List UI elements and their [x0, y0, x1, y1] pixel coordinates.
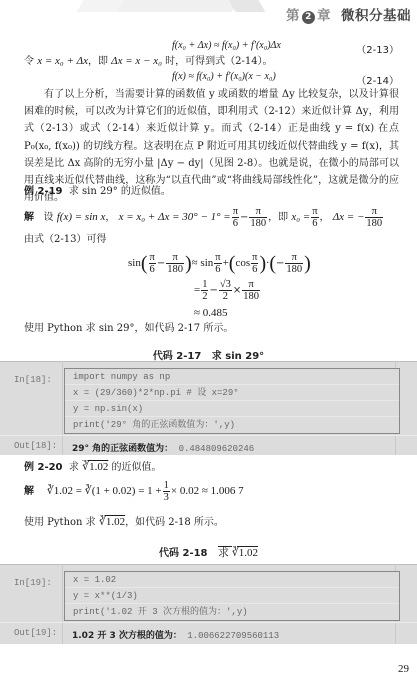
from-equation-line: 由式（2-13）可得 — [24, 233, 106, 247]
numerator: 1 — [201, 279, 208, 291]
math-text: cos — [235, 257, 250, 269]
numerator: π — [214, 252, 221, 264]
fraction: π6 — [149, 252, 156, 275]
python-intro-2-17: 使用 Python 求 sin 29°，如代码 2-17 所示。 — [24, 322, 233, 336]
numerator: π — [249, 206, 267, 218]
example-question: 求 sin 29° 的近似值。 — [69, 186, 171, 197]
example-question: 的近似值。 — [108, 462, 161, 473]
solution-math: ∛1.02 = ∛(1 + 0.02) = 1 + — [47, 485, 162, 497]
output-prompt: Out[18]: — [14, 441, 57, 451]
solution-math: × 0.02 ≈ 1.006 7 — [171, 485, 244, 497]
numerator: π — [285, 252, 303, 264]
divider — [62, 361, 63, 455]
code-line: x = 1.02 — [65, 572, 399, 588]
code-line: x = (29/360)*2*np.pi # 设 x=29° — [65, 385, 399, 401]
intro-text: ，如代码 2-18 所示。 — [125, 517, 224, 528]
solution-label: 解 — [24, 486, 34, 497]
numerator: π — [365, 206, 383, 218]
denominator: 6 — [311, 218, 318, 229]
example-2-19-heading: 例 2-19 求 sin 29° 的近似值。 — [24, 185, 171, 199]
example-label: 例 2-20 — [24, 462, 63, 473]
chapter-number-badge: 2 — [302, 11, 315, 24]
code-caption-2-17: 代码 2-17 求 sin 29° — [0, 347, 417, 362]
chapter-title: 微积分基础 — [341, 8, 411, 24]
divider — [0, 622, 417, 623]
fraction: 13 — [163, 480, 170, 503]
output-label: 29° 角的正弦函数值为： — [72, 444, 173, 454]
fraction: π6 — [232, 206, 239, 229]
divider — [62, 564, 63, 644]
solution-math: x = x₀ + Δx = 30° − 1° = — [119, 211, 231, 223]
chapter-header: 第2章微积分基础 — [286, 4, 411, 24]
output-label: 1.02 开 3 次方根的值为： — [72, 631, 182, 641]
example-2-20-heading: 例 2-20 求 ∛1.02 的近似值。 — [24, 460, 162, 475]
code-line: y = x**(1/3) — [65, 588, 399, 604]
chapter-prefix: 第 — [286, 8, 300, 24]
let-line: 令 x = x₀ + Δx，即 Δx = x − x₀ 时，可得到式（2-14）… — [24, 54, 273, 69]
code-input[interactable]: x = 1.02 y = x**(1/3) print('1.02 开 3 次方… — [64, 571, 400, 621]
input-prompt: In[19]: — [14, 578, 52, 588]
let-text: 令 — [24, 56, 37, 67]
output-prompt: Out[19]: — [14, 628, 57, 638]
numerator: 1 — [163, 480, 170, 492]
paren: ) — [259, 253, 266, 275]
numerator: π — [232, 206, 239, 218]
paren: ) — [185, 253, 192, 275]
denominator: 6 — [251, 264, 258, 275]
cube-root-expression: ∛1.02 — [82, 461, 108, 473]
divider — [0, 435, 417, 436]
solution-math: Δx = − — [333, 211, 365, 223]
chapter-suffix: 章 — [317, 8, 331, 24]
numerator: π — [149, 252, 156, 264]
denominator: 2 — [219, 291, 232, 302]
denominator: 180 — [285, 264, 303, 275]
calc-line-1: sin(π6−π180)≈ sinπ6+(cosπ6)·(−π180) — [128, 250, 311, 277]
banner-shape — [117, 0, 239, 12]
numerator: π — [242, 279, 260, 291]
denominator: 180 — [249, 218, 267, 229]
numerator: π — [311, 206, 318, 218]
let-math-1: x = x₀ + Δx — [37, 55, 88, 67]
solution-line-2-19: 解 设 f(x) = sin x， x = x₀ + Δx = 30° − 1°… — [24, 206, 384, 229]
intro-text: 使用 Python 求 — [24, 517, 99, 528]
solution-math: x₀ = — [291, 211, 310, 223]
cell-output: 1.02 开 3 次方根的值为： 1.006622709560113 — [72, 628, 279, 641]
denominator: 180 — [242, 291, 260, 302]
math-text: = — [194, 284, 200, 296]
fraction: 12 — [201, 279, 208, 302]
fraction: π180 — [249, 206, 267, 229]
denominator: 6 — [149, 264, 156, 275]
denominator: 3 — [163, 492, 170, 503]
page-number: 29 — [398, 663, 409, 675]
numerator: π — [166, 252, 184, 264]
let-text: 时，可得到式（2-14）。 — [162, 56, 273, 67]
solution-math: f(x) = sin x — [57, 211, 106, 223]
let-text: ，即 — [88, 56, 111, 67]
code-input[interactable]: import numpy as np x = (29/360)*2*np.pi … — [64, 368, 400, 434]
banner-shape — [229, 0, 266, 12]
code-caption-2-18: 代码 2-18 求 ∛1.02 — [0, 544, 417, 560]
code-line: print('29° 角的正弦函数值为：',y) — [65, 417, 399, 433]
equation-number-2-14: （2-14） — [356, 72, 399, 87]
code-line: y = np.sin(x) — [65, 401, 399, 417]
denominator: 2 — [201, 291, 208, 302]
denominator: 6 — [232, 218, 239, 229]
equation-number-2-13: （2-13） — [356, 41, 399, 56]
equation-2-14: f(x) ≈ f(x₀) + f′(x₀)(x − x₀) — [172, 71, 276, 82]
denominator: 6 — [214, 264, 221, 275]
equation-2-13: f(x₀ + Δx) ≈ f(x₀) + f′(x₀)Δx — [172, 40, 281, 51]
fraction: π180 — [166, 252, 184, 275]
paren: ( — [269, 253, 276, 275]
solution-label: 解 — [24, 212, 34, 223]
fraction: √32 — [219, 279, 232, 302]
fraction: π6 — [311, 206, 318, 229]
fraction: π180 — [242, 279, 260, 302]
input-prompt: In[18]: — [14, 375, 52, 385]
paren: ) — [304, 253, 311, 275]
example-label: 例 2-19 — [24, 186, 63, 197]
solution-line-2-20: 解 ∛1.02 = ∛(1 + 0.02) = 1 +13× 0.02 ≈ 1.… — [24, 478, 244, 505]
solution-text: ，即 — [268, 212, 291, 223]
math-text: sin — [128, 257, 141, 269]
caption-title: 求 ∛1.02 — [218, 547, 258, 559]
numerator: √3 — [219, 279, 232, 291]
fraction: π180 — [365, 206, 383, 229]
fraction: π6 — [251, 252, 258, 275]
numerator: π — [251, 252, 258, 264]
output-value: 0.484809620246 — [179, 444, 255, 454]
caption-label: 代码 2-18 — [159, 548, 208, 559]
cube-root-expression: ∛1.02 — [99, 516, 125, 528]
cell-output: 29° 角的正弦函数值为： 0.484809620246 — [72, 441, 254, 454]
output-value: 1.006622709560113 — [187, 631, 279, 641]
example-question: 求 — [69, 462, 82, 473]
calc-line-3: ≈ 0.485 — [194, 306, 228, 320]
math-text: ≈ sin — [192, 257, 214, 269]
notebook-cell-2-18: In[19]: x = 1.02 y = x**(1/3) print('1.0… — [0, 564, 417, 644]
solution-text: 设 — [44, 212, 57, 223]
denominator: 180 — [365, 218, 383, 229]
fraction: π180 — [285, 252, 303, 275]
notebook-cell-2-17: In[18]: import numpy as np x = (29/360)*… — [0, 361, 417, 455]
calc-line-2: =12−√32×π180 — [194, 278, 261, 303]
python-intro-2-18: 使用 Python 求 ∛1.02，如代码 2-18 所示。 — [24, 515, 224, 530]
fraction: π6 — [214, 252, 221, 275]
code-line: print('1.02 开 3 次方根的值为：',y) — [65, 604, 399, 620]
denominator: 180 — [166, 264, 184, 275]
paren: ( — [141, 253, 148, 275]
code-line: import numpy as np — [65, 369, 399, 385]
let-math-2: Δx = x − x₀ — [111, 55, 162, 67]
